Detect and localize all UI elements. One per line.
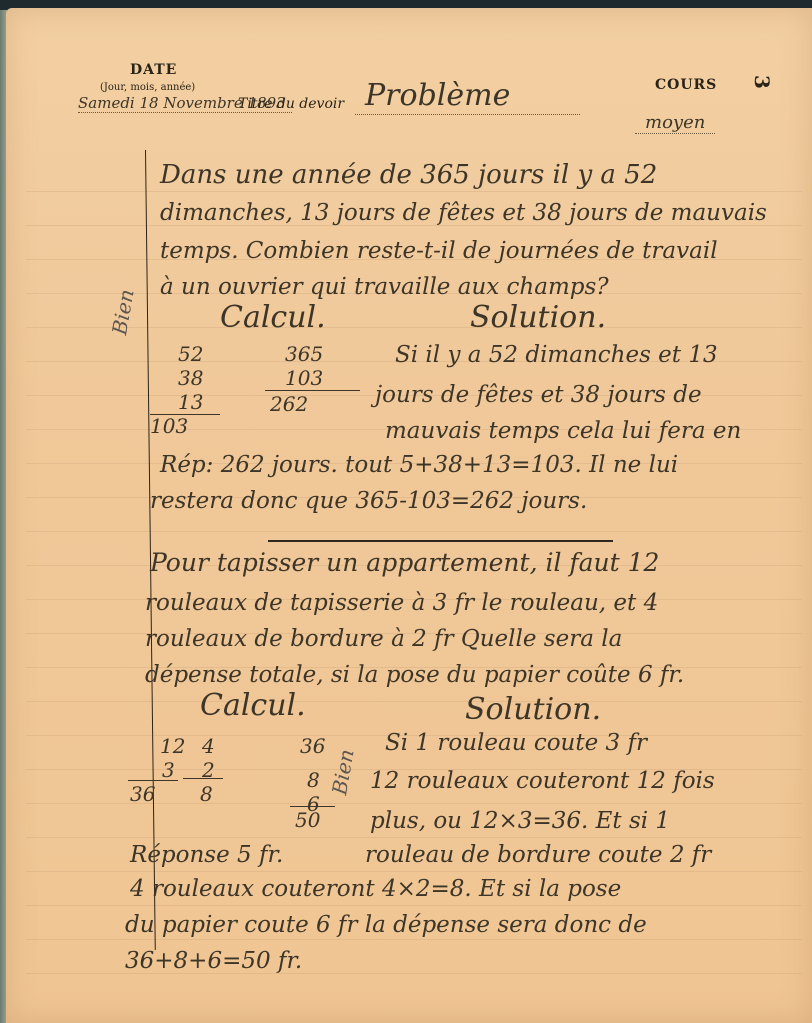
calc-result: 262 [270, 392, 308, 416]
problem2-solution-line: plus, ou 12×3=36. Et si 1 [370, 808, 670, 834]
cours-label: COURS [655, 77, 717, 93]
problem2-solution-line: rouleau de bordure coute 2 fr [365, 842, 711, 868]
problem2-solution-line: Si 1 rouleau coute 3 fr [385, 730, 647, 756]
calc-result: 103 [150, 414, 188, 438]
calc-value: 13 [178, 390, 203, 414]
calc-result: 50 [295, 808, 320, 832]
date-sublabel: (Jour, mois, année) [100, 82, 195, 93]
problem1-statement-line: à un ouvrier qui travaille aux champs? [160, 274, 609, 300]
problem2-solution-heading: Solution. [465, 692, 601, 727]
calc-result: 36 [130, 782, 155, 806]
problem1-final-line: restera donc que 365-103=262 jours. [150, 488, 587, 514]
calc-value: 103 [285, 366, 323, 390]
problem1-statement-line: Dans une année de 365 jours il y a 52 [160, 160, 657, 190]
calc-underline [290, 806, 335, 807]
calc-result: 8 [200, 782, 213, 806]
problem1-solution-line: mauvais temps cela lui fera en [385, 418, 741, 444]
title-label: Titre du devoir [238, 96, 344, 112]
problem2-calcul-heading: Calcul. [200, 688, 306, 723]
calc-underline [128, 780, 178, 781]
problem2-continuation-line: du papier coute 6 fr la dépense sera don… [125, 912, 647, 938]
problem-separator [268, 540, 613, 542]
calc-value: 38 [178, 366, 203, 390]
date-label: DATE [130, 62, 177, 78]
page-number: 3 [750, 75, 774, 89]
problem1-statement-line: dimanches, 13 jours de fêtes et 38 jours… [160, 200, 767, 226]
calc-underline [265, 390, 360, 391]
calc-underline [183, 778, 223, 779]
calc-value: 52 [178, 342, 203, 366]
calc-value: 365 [285, 342, 323, 366]
problem1-statement-line: temps. Combien reste-t-il de journées de… [160, 238, 718, 264]
problem1-solution-heading: Solution. [470, 300, 606, 335]
calc-value: 8 [307, 768, 320, 792]
problem2-continuation-line: 4 rouleaux couteront 4×2=8. Et si la pos… [130, 876, 621, 902]
problem2-statement-line: rouleaux de tapisserie à 3 fr le rouleau… [145, 590, 658, 616]
calc-value: 4 [202, 734, 215, 758]
cours-value: moyen [635, 112, 715, 134]
calc-value: 3 [162, 758, 175, 782]
problem2-statement-line: Pour tapisser un appartement, il faut 12 [150, 548, 659, 577]
problem2-answer: Réponse 5 fr. [130, 842, 283, 868]
problem2-statement-line: dépense totale, si la pose du papier coû… [145, 662, 684, 688]
problem2-solution-line: 12 rouleaux couteront 12 fois [370, 768, 715, 794]
problem1-answer-line: Rép: 262 jours. tout 5+38+13=103. Il ne … [160, 452, 678, 478]
problem1-calcul-heading: Calcul. [220, 300, 326, 335]
title-dotted-line [355, 114, 580, 115]
problem2-continuation-line: 36+8+6=50 fr. [125, 948, 302, 974]
problem1-solution-line: jours de fêtes et 38 jours de [375, 382, 702, 408]
title-value: Problème [365, 78, 510, 113]
problem1-solution-line: Si il y a 52 dimanches et 13 [395, 342, 718, 368]
calc-value: 36 [300, 734, 325, 758]
calc-value: 12 [160, 734, 185, 758]
problem2-statement-line: rouleaux de bordure à 2 fr Quelle sera l… [145, 626, 622, 652]
